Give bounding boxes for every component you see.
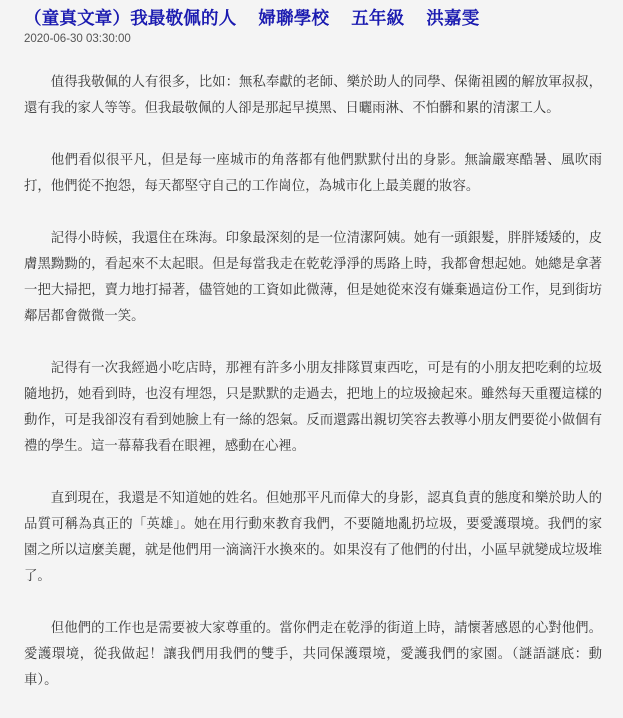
title-school: 婦聯學校 [258, 9, 329, 29]
paragraph-2: 他們看似很平凡，但是每一座城市的角落都有他們默默付出的身影。無論嚴寒酷暑、風吹雨… [24, 148, 602, 200]
paragraph-1: 值得我敬佩的人有很多，比如：無私奉獻的老師、樂於助人的同學、保衛祖國的解放軍叔叔… [24, 70, 602, 122]
paragraph-4: 記得有一次我經過小吃店時，那裡有許多小朋友排隊買東西吃，可是有的小朋友把吃剩的垃… [24, 356, 602, 460]
title-headline: （童真文章）我最敬佩的人 [24, 9, 236, 29]
paragraph-3: 記得小時候，我還住在珠海。印象最深刻的是一位清潔阿姨。她有一頭銀髮，胖胖矮矮的，… [24, 226, 602, 330]
article-body: 值得我敬佩的人有很多，比如：無私奉獻的老師、樂於助人的同學、保衛祖國的解放軍叔叔… [24, 70, 611, 694]
title-grade: 五年級 [351, 9, 404, 29]
paragraph-5: 直到現在，我還是不知道她的姓名。但她那平凡而偉大的身影，認真負責的態度和樂於助人… [24, 486, 602, 590]
article-title: （童真文章）我最敬佩的人婦聯學校五年級洪嘉雯 [24, 6, 611, 32]
publish-date: 2020-06-30 03:30:00 [24, 32, 611, 46]
paragraph-6: 但他們的工作也是需要被大家尊重的。當你們走在乾淨的街道上時，請懷著感恩的心對他們… [24, 616, 602, 694]
title-author: 洪嘉雯 [426, 9, 479, 29]
article: （童真文章）我最敬佩的人婦聯學校五年級洪嘉雯 2020-06-30 03:30:… [0, 0, 623, 694]
